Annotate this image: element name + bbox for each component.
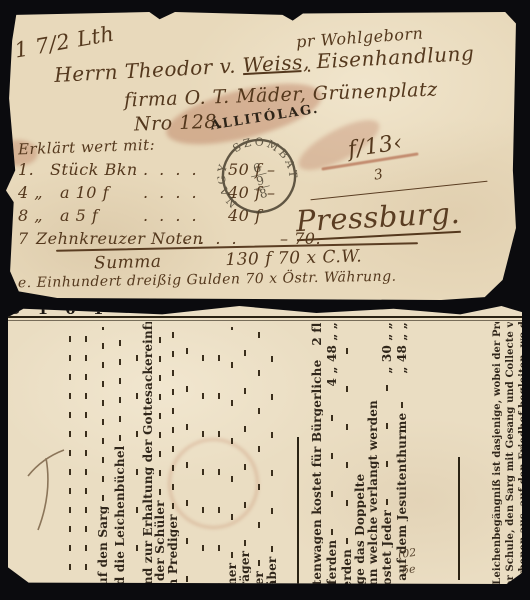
sum-in-words: i.e. Einhundert dreißig Gulden 70 x Östr… [8, 269, 397, 292]
pencil-mark: 5e [401, 562, 416, 576]
dot-leader [231, 327, 233, 558]
form-line-label: rn Prediger [166, 514, 179, 584]
form-line-amount: 2 fl. 48 kr. CM. [310, 322, 323, 346]
form-line-label: g der Schüler [153, 500, 166, 584]
footnote-rule [458, 457, 460, 580]
dot-leader [172, 327, 174, 509]
dot-leader [143, 183, 200, 202]
form-line-label: träger [238, 551, 251, 584]
form-line-label: nd die Leichenbüchel [113, 446, 126, 584]
item-qty: 7 [18, 229, 29, 248]
form-line-label: lige das Doppelte [353, 474, 366, 584]
sum-value: 130 f 70 x C.W. [225, 246, 362, 270]
form-line-label: dtenwagen kostet für Bürgerliche [310, 360, 323, 584]
rotated-form-text: auf den Sarg nd die Leichenbüchel und zu… [42, 322, 522, 584]
form-line-label: räber [265, 557, 278, 584]
dot-leader [346, 327, 348, 544]
item-qty: 8 „ [18, 206, 43, 225]
weight-note: 1 7/2 Lth [13, 21, 117, 62]
item-desc: Stück Bkn [50, 160, 138, 179]
dot-leader [401, 383, 403, 408]
cover-document: 1 7/2 Lth pr Wohlgeborn Herrn Theodor v.… [6, 12, 518, 300]
form-body-line: der Schule, den Sarg mit Gesang und Coll… [505, 322, 516, 584]
dot-leader [244, 327, 246, 546]
dot-leader [143, 160, 200, 179]
dot-leader [159, 327, 161, 495]
dot-leader [186, 327, 188, 582]
pencil-mark: (02 [397, 546, 417, 561]
sum-label: Summa [94, 252, 162, 274]
form-line-label: Pferden [325, 540, 338, 584]
dot-leader [143, 206, 200, 225]
item-qty: 4 „ [18, 183, 43, 202]
declared-label: Erklärt wert mit: [18, 136, 156, 159]
form-line-label: ger [252, 571, 265, 584]
item-qty: 1. [18, 160, 34, 179]
rate-mark-secondary: 3 [373, 166, 385, 183]
dot-leader [271, 327, 273, 552]
dot-leader [102, 327, 104, 501]
form-line-amount: „ 48 „ „ [395, 322, 408, 374]
item-desc: a 10 f [60, 183, 109, 202]
value-item-row: 1. Stück Bkn 50 f – [18, 160, 358, 179]
dot-leader [258, 327, 260, 566]
address-honorific: Herrn Theodor v. [54, 53, 244, 87]
destination: Pressburg. [295, 196, 461, 242]
dot-leader [386, 383, 388, 505]
form-body-line: s Leichenbegängniß ist dasjenige, wobei … [492, 322, 503, 584]
form-border-rule [8, 316, 522, 318]
item-desc: Zehnkreuzer Noten [36, 229, 203, 248]
section-divider-rule [297, 437, 299, 584]
printed-tariff-fragment: 5 1 0 1 auf den Sarg nd die Leichenbüche… [8, 306, 522, 584]
item-desc: a 5 f [60, 206, 98, 225]
dot-leader [331, 395, 333, 534]
form-line-label: enn welche verlangt werden [366, 400, 379, 584]
form-line-label: auf den Sarg [96, 506, 109, 584]
form-body-line: storbenen aus, auf den Friedhof begleite… [518, 322, 522, 584]
form-border-rule-thin [8, 320, 522, 321]
form-line-label: kostet Jeder [380, 510, 393, 584]
cropped-edge-text: 5 1 0 1 [10, 306, 160, 315]
form-line-amount: 4 „ 48 „ „ [325, 322, 338, 386]
form-line-label: ener [225, 563, 238, 584]
dot-leader [119, 327, 121, 441]
form-line-label: ferden [340, 549, 353, 584]
form-line-amount: „ 30 „ „ [380, 322, 393, 374]
addressee-name: Weiss, [242, 50, 310, 77]
